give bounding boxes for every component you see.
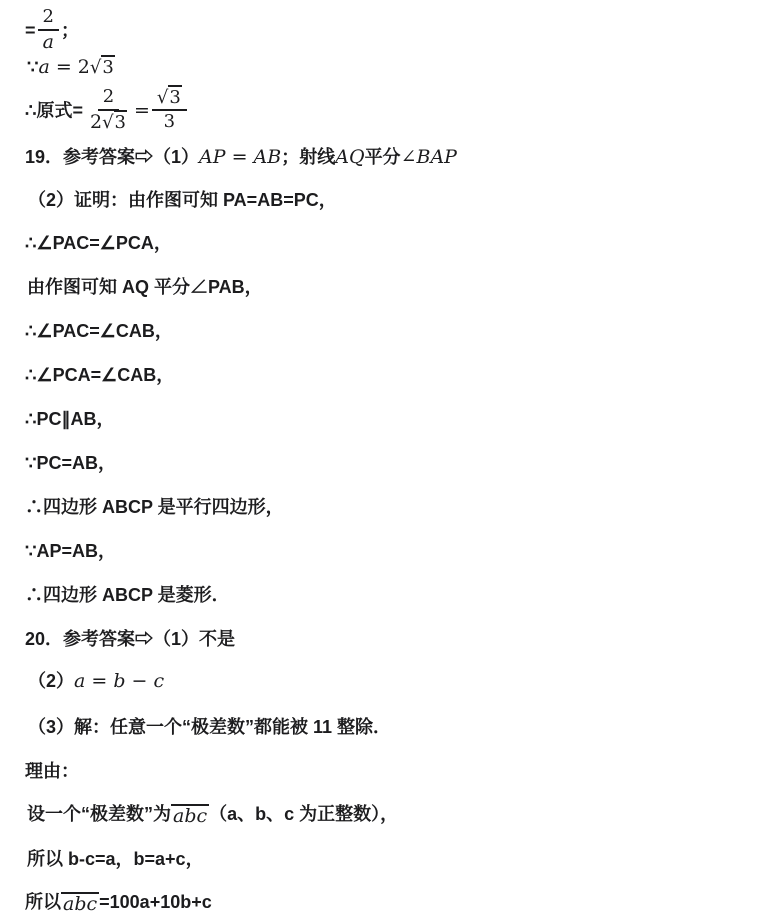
fraction-numerator: 2 [38, 8, 59, 31]
aq-bisect-line: 由作图可知 AQ 平分∠PAB， [27, 276, 263, 298]
fraction-denominator: 3 [159, 111, 180, 132]
angle-pca-cab-line: ∴∠PCA=∠CAB， [25, 364, 174, 386]
setup-suffix: （a、b、c 为正整数）， [209, 804, 398, 824]
reason-label: 理由： [25, 760, 79, 782]
part1-answer: （1）不是 [153, 629, 235, 649]
variable-a: a [38, 56, 49, 78]
angle-pac-pca-line: ∴∠PAC=∠PCA， [25, 232, 172, 254]
radicand-3: 3 [168, 85, 181, 108]
setup-prefix: 设一个“极差数”为 [27, 804, 171, 824]
original-expression-label: 原式 [36, 100, 72, 120]
equals-sign: = [134, 99, 150, 121]
answer-19-label: 19．参考答案 [25, 147, 135, 167]
answer-20-part3-line: （3）解：任意一个“极差数”都能被 11 整除． [28, 716, 391, 738]
answer-20-heading: 20．参考答案⇨（1）不是 [25, 628, 235, 650]
final-prefix: 所以 [25, 892, 61, 912]
equals-sign: = [72, 100, 83, 120]
radical-sign: √ [90, 57, 101, 78]
radicand-3: 3 [114, 110, 127, 133]
math-a-eq-b-minus-c: a = b − c [74, 670, 164, 692]
pc-equals-ab-line: ∵PC=AB， [25, 452, 116, 474]
part2-label: （2） [28, 671, 74, 691]
radicand-3: 3 [101, 55, 114, 78]
math-line-a-equals-2root3: ∵a = 2√3 [27, 56, 115, 79]
arrow-icon: ⇨ [135, 629, 153, 649]
because-symbol: ∵ [27, 57, 38, 77]
radical-sign: √ [102, 112, 113, 133]
fraction-2-over-a: 2a [38, 8, 59, 53]
fraction-2-over-2root3: 22√3 [85, 88, 132, 133]
math-aq: AQ [335, 146, 364, 168]
final-expression: =100a+10b+c [99, 892, 212, 912]
math-line-eq-2-over-a: =2a； [25, 8, 79, 53]
fraction-denominator: 2√3 [85, 111, 132, 133]
bc-equation-line: 所以 b-c=a，b=a+c， [27, 848, 204, 870]
semicolon: ； [281, 147, 299, 167]
overline-abc: abc [171, 804, 209, 827]
equals-two: = 2 [50, 56, 90, 78]
rhombus-line: ∴四边形 ABCP 是菱形． [25, 584, 230, 606]
answer-20-label: 20．参考答案 [25, 629, 135, 649]
math-line-original-expression: ∴原式=22√3=√33 [25, 88, 189, 133]
final-equation-line: 所以abc=100a+10b+c [25, 891, 212, 915]
pc-parallel-ab-line: ∴PC∥AB， [25, 408, 114, 430]
radical-sign: √ [157, 87, 168, 108]
answer-20-part2-line: （2）a = b − c [28, 670, 164, 692]
ray-text: 射线 [299, 147, 335, 167]
fraction-root3-over-3: √33 [152, 89, 187, 133]
math-ap-eq-ab: AP = AB [199, 146, 281, 168]
arrow-icon: ⇨ [135, 147, 153, 167]
fraction-numerator: 2 [98, 88, 119, 111]
equals-sign: = [25, 20, 36, 40]
fraction-numerator: √3 [152, 89, 187, 112]
semicolon: ； [61, 20, 79, 40]
setup-line: 设一个“极差数”为abc（a、b、c 为正整数）， [27, 803, 398, 827]
answer-19-heading: 19．参考答案⇨（1）AP = AB；射线AQ平分∠BAP [25, 146, 457, 168]
proof-line: （2）证明：由作图可知 PA=AB=PC， [28, 189, 337, 211]
part1-label: （1） [153, 147, 199, 167]
coefficient-2: 2 [90, 111, 102, 133]
bisect-text: 平分 [365, 147, 401, 167]
therefore-symbol: ∴ [25, 100, 36, 120]
angle-pac-cab-line: ∴∠PAC=∠CAB， [25, 320, 173, 342]
document-page: =2a； ∵a = 2√3 ∴原式=22√3=√33 19．参考答案⇨（1）AP… [0, 0, 762, 919]
fraction-denominator: a [38, 31, 59, 53]
math-angle-bap: ∠BAP [401, 146, 457, 168]
ap-equals-ab-line: ∵AP=AB， [25, 540, 116, 562]
parallelogram-line: ∴四边形 ABCP 是平行四边形， [25, 496, 284, 518]
overline-abc: abc [61, 892, 99, 915]
